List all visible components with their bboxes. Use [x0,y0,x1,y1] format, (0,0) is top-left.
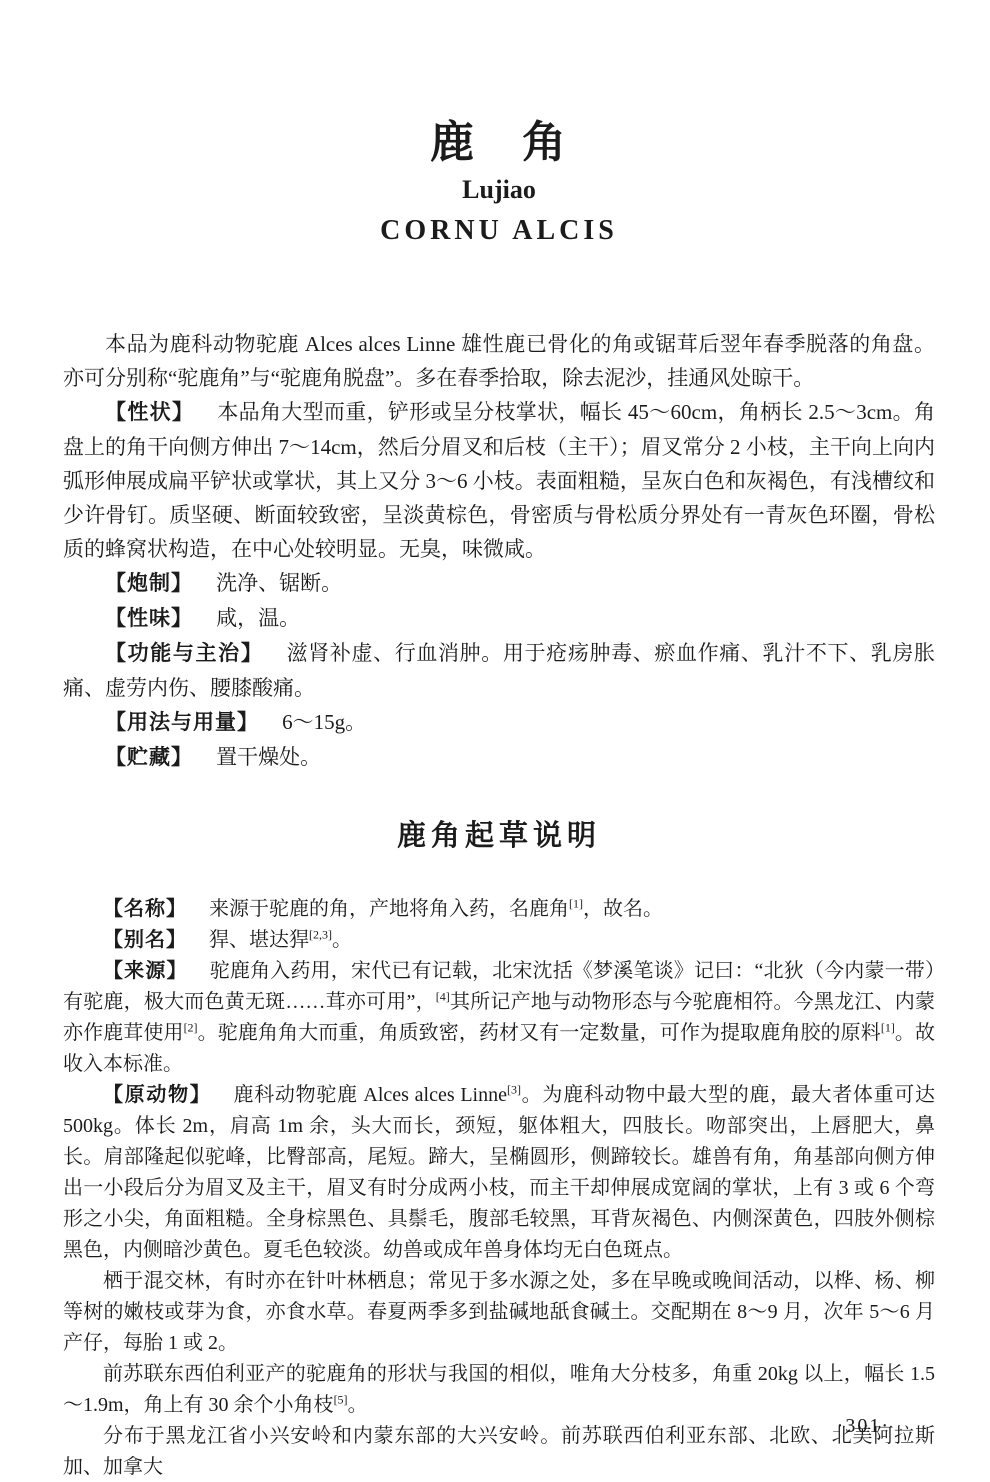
text-run: 6～15g。 [282,710,366,734]
reference-superscript: [4] [436,989,450,1003]
reference-superscript: [1] [569,896,583,910]
page-title: 鹿 角 [63,118,935,169]
paragraph: 【来源】驼鹿角入药用，宋代已有记载，北宋沈括《梦溪笔谈》记曰：“北狄（今内蒙一带… [63,956,935,1080]
paragraph: 【名称】来源于驼鹿的角，产地将角入药，名鹿角[1]，故名。 [63,894,935,925]
entry-label: 【性状】 [105,401,194,424]
entry-label: 【炮制】 [105,572,193,595]
text-run: ，故名。 [583,898,663,920]
paragraph: 【功能与主治】滋肾补虚、行血消肿。用于疮疡肿毒、瘀血作痛、乳汁不下、乳房胀痛、虚… [63,636,935,705]
entry-label: 【功能与主治】 [105,642,263,665]
text-run: 洗净、锯断。 [216,571,342,595]
text-run: 分布于黑龙江省小兴安岭和内蒙东部的大兴安岭。前苏联西伯利亚东部、北欧、北美阿拉斯… [63,1425,935,1478]
text-run: 。 [332,929,352,951]
paragraph: 【贮藏】置干燥处。 [63,740,935,775]
paragraph: 【性味】咸，温。 [63,601,935,636]
entry-label: 【性味】 [105,607,193,630]
text-run: 栖于混交林，有时亦在针叶林栖息；常见于多水源之处，多在早晚或晚间活动，以桦、杨、… [63,1270,935,1354]
paragraph: 分布于黑龙江省小兴安岭和内蒙东部的大兴安岭。前苏联西伯利亚东部、北欧、北美阿拉斯… [63,1421,935,1482]
text-run: 咸，温。 [216,606,300,630]
text-run: 。 [348,1394,368,1416]
document-page: 鹿 角 Lujiao CORNU ALCIS 本品为鹿科动物驼鹿 Alces a… [0,0,990,1482]
entry-label: 【别名】 [103,929,187,951]
text-run: 前苏联东西伯利亚产的驼鹿角的形状与我国的相似，唯角大分枝多，角重 20kg 以上… [63,1363,935,1416]
title-block: 鹿 角 Lujiao CORNU ALCIS [63,118,935,247]
reference-superscript: [5] [334,1392,348,1406]
notes-section: 【名称】来源于驼鹿的角，产地将角入药，名鹿角[1]，故名。【别名】猂、堪达猂[2… [63,894,935,1482]
entry-label: 【原动物】 [103,1084,212,1106]
paragraph: 【炮制】洗净、锯断。 [63,566,935,601]
text-run: 鹿科动物驼鹿 Alces alces Linne [234,1084,507,1106]
paragraph: 【别名】猂、堪达猂[2,3]。 [63,925,935,956]
text-run: 本品为鹿科动物驼鹿 Alces alces Linne 雄性鹿已骨化的角或锯茸后… [63,332,935,390]
reference-superscript: [3] [507,1082,521,1096]
text-run: 。为鹿科动物中最大型的鹿，最大者体重可达 500kg。体长 2m，肩高 1m 余… [63,1084,935,1261]
entry-label: 【名称】 [103,898,187,920]
text-run: 置干燥处。 [216,745,321,769]
monograph-section: 本品为鹿科动物驼鹿 Alces alces Linne 雄性鹿已骨化的角或锯茸后… [63,327,935,775]
notes-heading: 鹿角起草说明 [63,813,935,854]
text-run: 猂、堪达猂 [209,929,309,951]
paragraph: 前苏联东西伯利亚产的驼鹿角的形状与我国的相似，唯角大分枝多，角重 20kg 以上… [63,1359,935,1421]
reference-superscript: [1] [881,1020,895,1034]
entry-label: 【用法与用量】 [105,711,259,734]
paragraph: 【原动物】鹿科动物驼鹿 Alces alces Linne[3]。为鹿科动物中最… [63,1080,935,1266]
text-run: 。驼鹿角角大而重，角质致密，药材又有一定数量，可作为提取鹿角胶的原料 [198,1022,881,1044]
entry-label: 【来源】 [103,960,188,982]
text-run: 来源于驼鹿的角，产地将角入药，名鹿角 [209,898,569,920]
title-latin: CORNU ALCIS [63,215,935,247]
paragraph: 本品为鹿科动物驼鹿 Alces alces Linne 雄性鹿已骨化的角或锯茸后… [63,327,935,395]
title-pinyin: Lujiao [63,175,935,205]
reference-superscript: [2,3] [309,927,332,941]
entry-label: 【贮藏】 [105,746,193,769]
page-number: ·301· [837,1415,890,1438]
paragraph: 【用法与用量】6～15g。 [63,705,935,740]
reference-superscript: [2] [184,1020,198,1034]
paragraph: 【性状】本品角大型而重，铲形或呈分枝掌状，幅长 45～60cm，角柄长 2.5～… [63,395,935,566]
paragraph: 栖于混交林，有时亦在针叶林栖息；常见于多水源之处，多在早晚或晚间活动，以桦、杨、… [63,1266,935,1359]
